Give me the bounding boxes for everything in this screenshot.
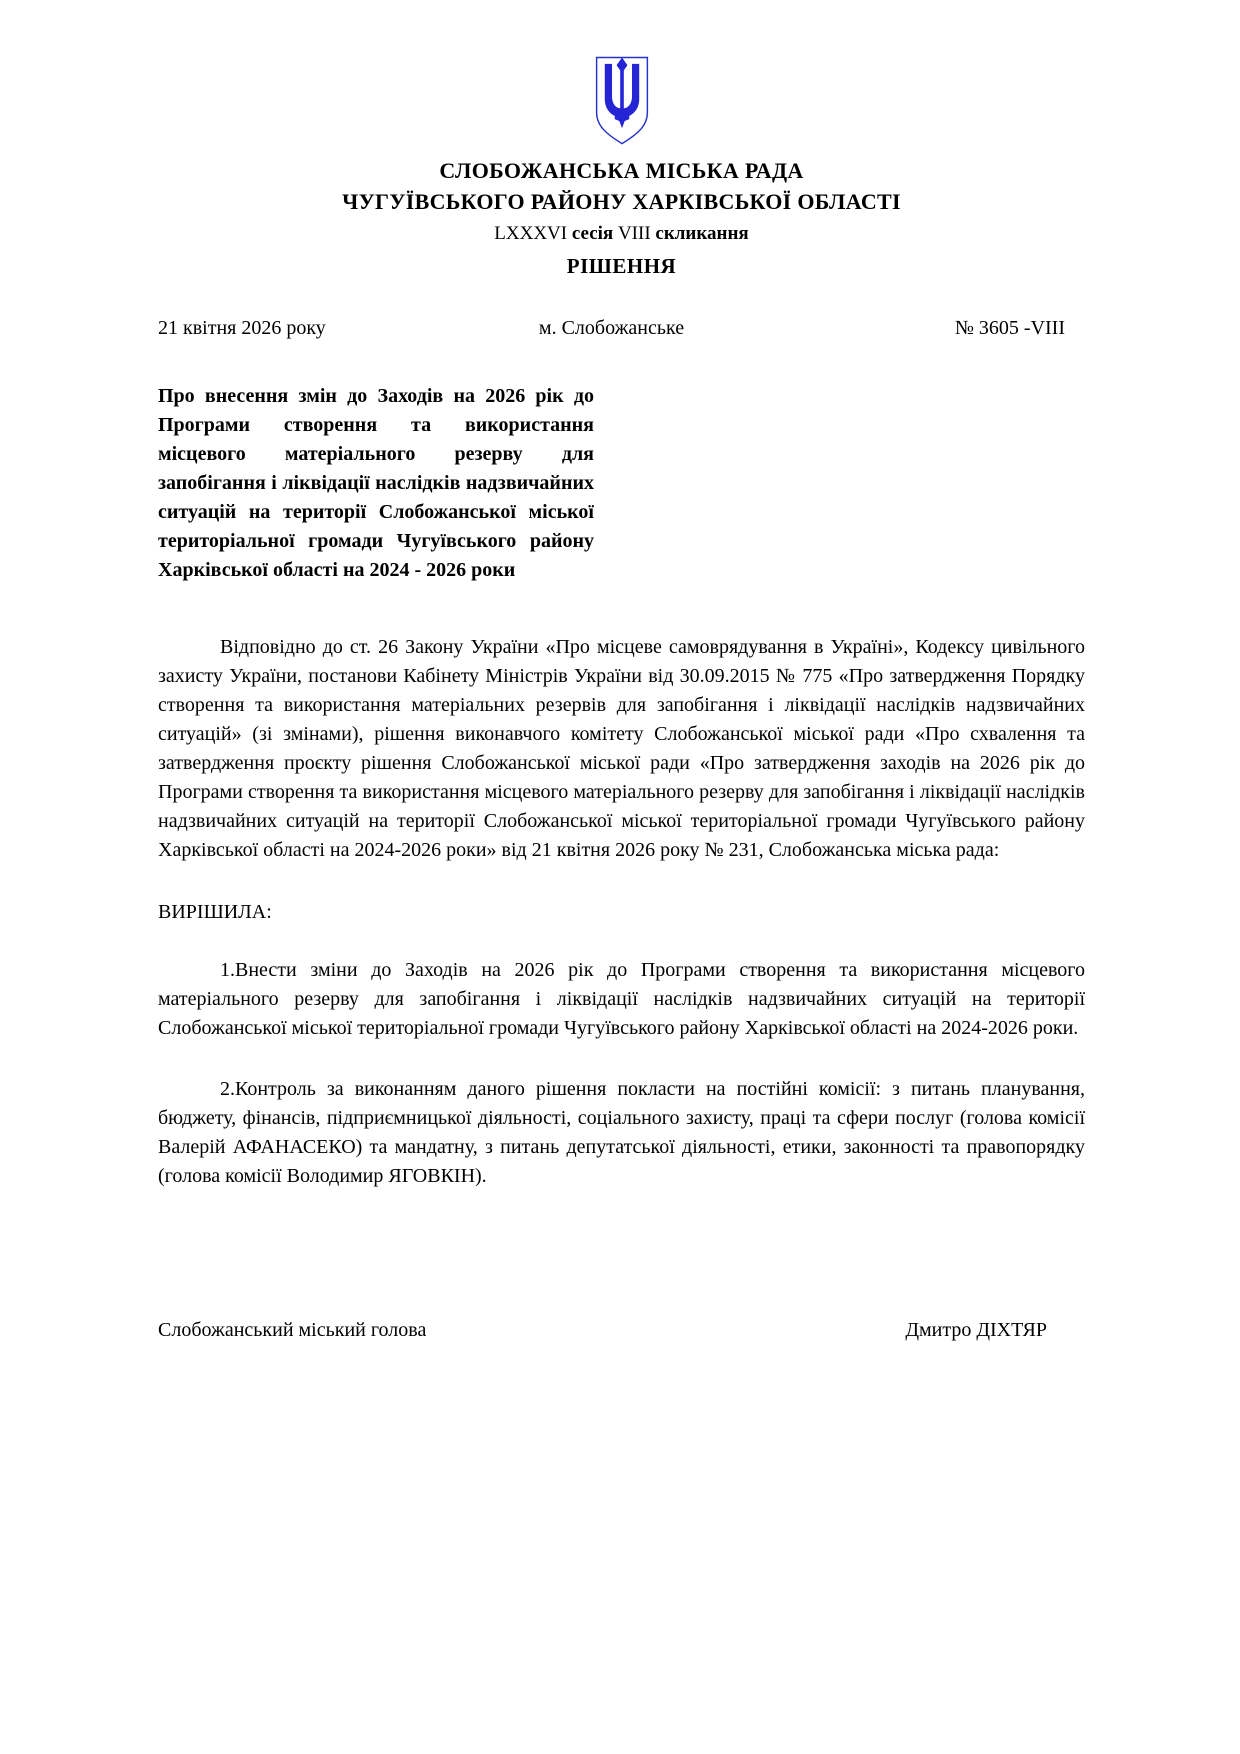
preamble-paragraph: Відповідно до ст. 26 Закону України «Про… <box>158 633 1085 865</box>
resolution-item-2: 2.Контроль за виконанням даного рішення … <box>158 1075 1085 1191</box>
document-date: 21 квітня 2026 року <box>158 317 539 340</box>
tryzub-emblem-icon <box>593 55 651 147</box>
subject-block: Про внесення змін до Заходів на 2026 рік… <box>158 382 594 585</box>
document-place: м. Слобожанське <box>539 317 684 340</box>
emblem-container <box>158 55 1085 152</box>
session-line: LXXXVI сесія VIII скликання <box>158 223 1085 245</box>
meta-row: 21 квітня 2026 року м. Слобожанське № 36… <box>158 317 1085 340</box>
resolved-label: ВИРІШИЛА: <box>158 901 1085 924</box>
session-roman2: VIII <box>618 223 651 244</box>
org-name-line2: ЧУГУЇВСЬКОГО РАЙОНУ ХАРКІВСЬКОЇ ОБЛАСТІ <box>158 189 1085 215</box>
document-page: СЛОБОЖАНСЬКА МІСЬКА РАДА ЧУГУЇВСЬКОГО РА… <box>0 0 1240 1754</box>
org-name-line1: СЛОБОЖАНСЬКА МІСЬКА РАДА <box>158 158 1085 184</box>
signatory-position: Слобожанський міський голова <box>158 1319 426 1342</box>
session-word1: сесія <box>572 223 613 244</box>
session-word2: скликання <box>655 223 748 244</box>
session-roman1: LXXXVI <box>494 223 567 244</box>
document-type-title: РІШЕННЯ <box>158 254 1085 279</box>
resolution-item-1: 1.Внести зміни до Заходів на 2026 рік до… <box>158 956 1085 1043</box>
signature-row: Слобожанський міський голова Дмитро ДІХТ… <box>158 1319 1085 1342</box>
document-number: № 3605 -VIII <box>684 317 1085 340</box>
signatory-name: Дмитро ДІХТЯР <box>905 1319 1085 1342</box>
